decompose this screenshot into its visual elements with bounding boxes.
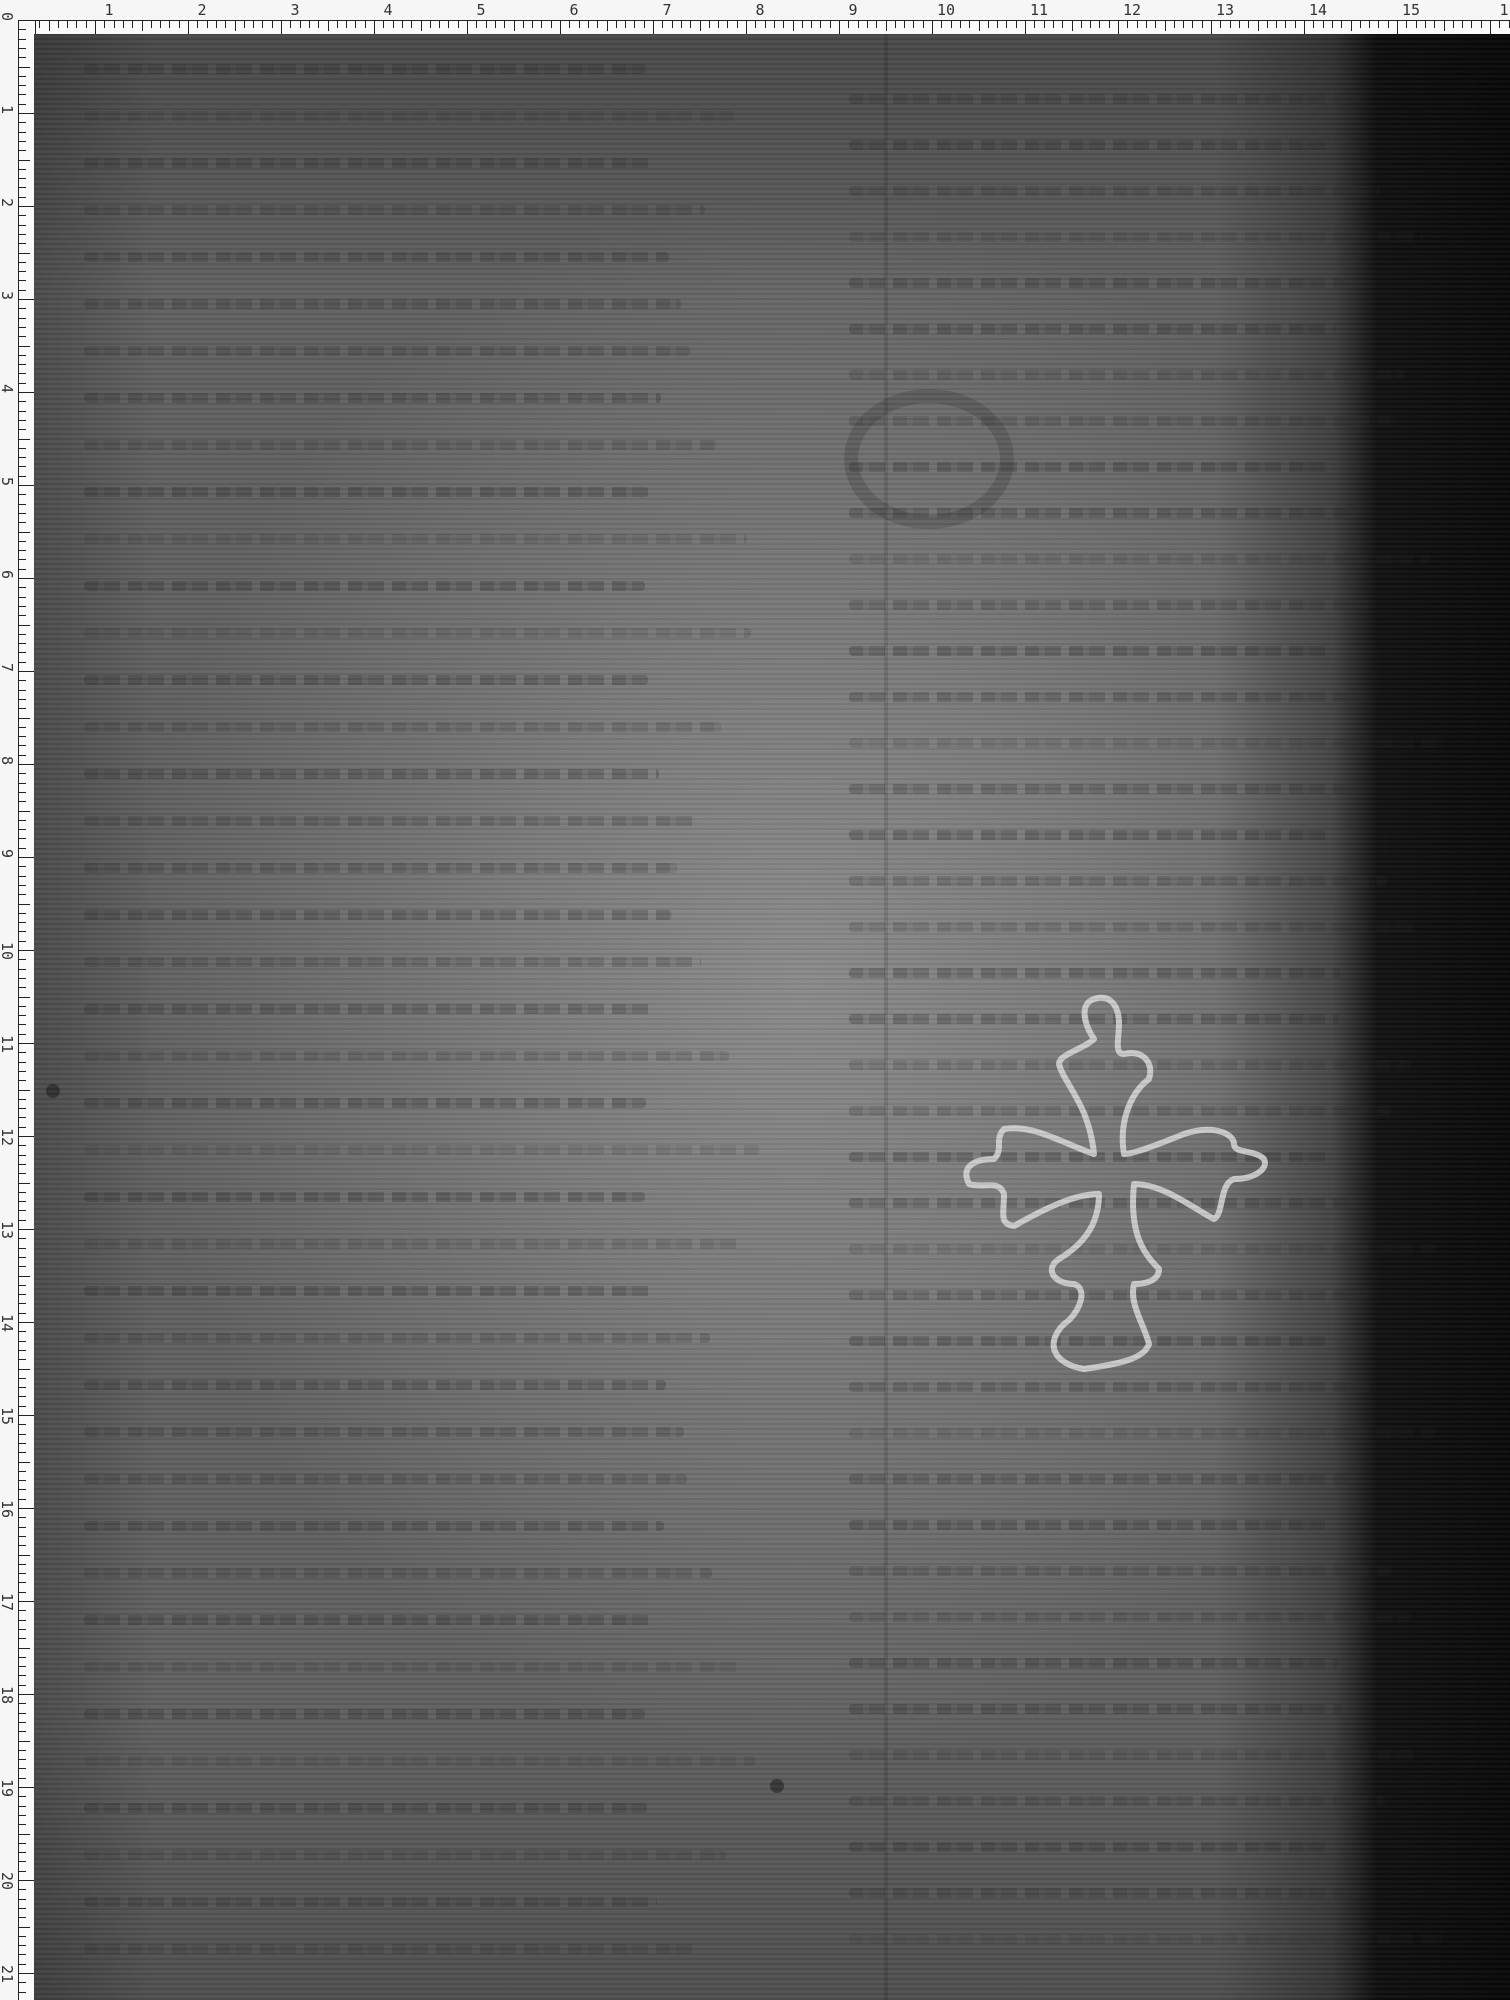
ruler-tick <box>67 21 68 28</box>
ruler-tick <box>19 1852 26 1853</box>
ruler-tick <box>19 197 26 198</box>
ruler-label: 12 <box>0 1128 16 1146</box>
scan-texture <box>34 34 1510 2000</box>
ruler-tick <box>19 187 26 188</box>
ruler-tick <box>104 21 105 28</box>
ruler-label: 10 <box>937 1 955 19</box>
ruler-tick <box>19 773 26 774</box>
ruler-tick <box>19 457 26 458</box>
ruler-tick <box>19 811 30 812</box>
ruler-tick <box>19 1871 26 1872</box>
ruler-tick <box>19 1917 26 1918</box>
ruler-tick <box>19 1303 26 1304</box>
ruler-tick <box>19 1080 26 1081</box>
ruler-tick <box>541 21 542 28</box>
ruler-tick <box>169 21 170 28</box>
ruler-tick <box>19 1945 26 1946</box>
ruler-tick <box>467 21 468 35</box>
ruler-tick <box>19 280 26 281</box>
ruler-tick <box>19 1145 26 1146</box>
ruler-label: 7 <box>662 1 671 19</box>
ruler-tick <box>858 21 859 28</box>
ruler-tick <box>19 104 26 105</box>
ruler-tick <box>941 21 942 28</box>
ruler-tick <box>19 1806 26 1807</box>
ruler-tick <box>1118 21 1119 35</box>
ruler-label: 20 <box>0 1872 16 1890</box>
ruler-label: 16 <box>0 1500 16 1518</box>
ruler-tick <box>19 290 26 291</box>
ruler-tick <box>1378 21 1379 28</box>
ruler-tick <box>1434 21 1435 28</box>
ruler-tick <box>19 20 35 21</box>
ruler-tick <box>19 1248 26 1249</box>
ruler-tick <box>19 1601 35 1602</box>
ruler-tick <box>86 21 87 28</box>
ruler-tick <box>19 1062 26 1063</box>
ruler-tick <box>19 178 26 179</box>
ruler-tick <box>765 21 766 28</box>
ruler-tick <box>727 21 728 28</box>
ruler-tick <box>19 1536 26 1537</box>
ruler-tick <box>19 1052 26 1053</box>
ruler-tick <box>19 1982 26 1983</box>
ruler-tick <box>19 1350 26 1351</box>
ruler-tick <box>532 21 533 28</box>
ruler-tick <box>1351 21 1352 31</box>
ruler-tick <box>19 1443 26 1444</box>
ruler-label: 1 <box>104 1 113 19</box>
ruler-tick <box>393 21 394 28</box>
ruler-tick <box>1062 21 1063 28</box>
ruler-tick <box>672 21 673 28</box>
manuscript-scan <box>34 34 1510 2000</box>
ruler-tick <box>19 160 30 161</box>
ruler-tick <box>430 21 431 28</box>
horizontal-ruler: 01234567891011121314151 <box>0 0 1510 34</box>
ruler-tick <box>19 1564 26 1565</box>
ruler-tick <box>19 848 26 849</box>
ruler-tick <box>19 1936 26 1937</box>
ruler-tick <box>1276 21 1277 28</box>
ruler-tick <box>19 494 26 495</box>
ruler-tick <box>19 225 26 226</box>
ruler-tick <box>597 21 598 28</box>
ruler-tick <box>439 21 440 28</box>
ruler-tick <box>876 21 877 28</box>
ruler-tick <box>19 708 26 709</box>
ruler-tick <box>19 987 26 988</box>
ruler-tick <box>19 838 26 839</box>
ruler-tick <box>551 21 552 28</box>
ruler-tick <box>19 48 26 49</box>
ruler-tick <box>19 1155 26 1156</box>
ruler-tick <box>19 718 30 719</box>
ruler-tick <box>19 1750 26 1751</box>
ruler-tick <box>19 67 30 68</box>
ruler-tick <box>19 1285 26 1286</box>
ruler-tick <box>19 150 26 151</box>
ruler-tick <box>523 21 524 28</box>
ruler-tick <box>19 1527 26 1528</box>
ruler-tick <box>19 448 26 449</box>
ruler-tick <box>355 21 356 28</box>
ruler-tick <box>1239 21 1240 28</box>
ruler-tick <box>76 21 77 28</box>
ruler-tick <box>1137 21 1138 28</box>
ruler-tick <box>19 559 26 560</box>
ruler-tick <box>19 625 30 626</box>
ruler-label: 14 <box>0 1314 16 1332</box>
ruler-tick <box>19 941 26 942</box>
ruler-tick <box>19 606 26 607</box>
ruler-tick <box>19 364 26 365</box>
ruler-tick <box>802 21 803 28</box>
ruler-tick <box>19 1508 35 1509</box>
ruler-tick <box>19 169 26 170</box>
ruler-tick <box>19 690 26 691</box>
ruler-label: 11 <box>1030 1 1048 19</box>
ruler-tick <box>19 532 30 533</box>
ruler-tick <box>19 1592 26 1593</box>
ruler-tick <box>19 1666 26 1667</box>
ruler-tick <box>411 21 412 28</box>
ruler-tick <box>19 1694 35 1695</box>
ruler-tick <box>588 21 589 28</box>
ruler-tick <box>19 1964 26 1965</box>
ruler-tick <box>1220 21 1221 28</box>
ruler-tick <box>607 21 608 31</box>
ruler-tick <box>19 1183 30 1184</box>
ruler-tick <box>19 1778 26 1779</box>
ruler-tick <box>19 1015 26 1016</box>
ruler-tick <box>19 1545 26 1546</box>
ruler-tick <box>19 569 26 570</box>
ruler-tick <box>1025 21 1026 35</box>
ruler-tick <box>923 21 924 28</box>
ruler-tick <box>19 215 26 216</box>
ruler-tick <box>19 1043 35 1044</box>
ruler-tick <box>19 1610 26 1611</box>
ruler-label: 8 <box>755 1 764 19</box>
ruler-tick <box>19 1090 30 1091</box>
ruler-tick <box>328 21 329 31</box>
ruler-tick <box>19 820 26 821</box>
ruler-tick <box>19 243 26 244</box>
ruler-tick <box>755 21 756 28</box>
ruler-label: 2 <box>197 1 206 19</box>
ruler-tick <box>644 21 645 28</box>
ruler-tick <box>19 1201 26 1202</box>
ruler-tick <box>235 21 236 31</box>
ruler-tick <box>39 21 40 28</box>
ruler-tick <box>19 587 26 588</box>
ruler-tick <box>1267 21 1268 28</box>
ruler-label: 18 <box>0 1686 16 1704</box>
ruler-tick <box>19 1703 26 1704</box>
ruler-tick <box>19 308 26 309</box>
ruler-tick <box>616 21 617 28</box>
ruler-tick <box>1183 21 1184 28</box>
ruler-tick <box>19 1378 26 1379</box>
ruler-tick <box>19 253 30 254</box>
ruler-tick <box>19 1313 26 1314</box>
ruler-tick <box>1211 21 1212 35</box>
ruler-tick <box>19 652 26 653</box>
ruler-tick <box>19 485 35 486</box>
ruler-tick <box>1323 21 1324 28</box>
ruler-tick <box>1109 21 1110 28</box>
ruler-tick <box>19 122 26 123</box>
ruler-tick <box>19 969 26 970</box>
ruler-tick <box>737 21 738 28</box>
ruler-tick <box>19 141 26 142</box>
ruler-tick <box>1053 21 1054 28</box>
ruler-tick <box>19 1954 26 1955</box>
ruler-tick <box>19 1257 26 1258</box>
ruler-tick <box>569 21 570 28</box>
ruler-tick <box>19 1415 35 1416</box>
ruler-tick <box>1248 21 1249 28</box>
ruler-tick <box>19 745 26 746</box>
ruler-tick <box>19 1620 26 1621</box>
ruler-tick <box>19 1424 26 1425</box>
ruler-tick <box>1416 21 1417 28</box>
ruler-tick <box>19 541 26 542</box>
ruler-tick <box>281 21 282 35</box>
ruler-tick <box>19 1657 26 1658</box>
ruler-label: 3 <box>0 291 16 300</box>
ruler-tick <box>19 429 26 430</box>
ruler-tick <box>19 913 26 914</box>
ruler-tick <box>560 21 561 35</box>
ruler-tick <box>19 1908 26 1909</box>
ruler-label: 11 <box>0 1035 16 1053</box>
ruler-tick <box>19 894 26 895</box>
ruler-tick <box>709 21 710 28</box>
ruler-tick <box>197 21 198 28</box>
ruler-label: 4 <box>383 1 392 19</box>
ruler-tick <box>960 21 961 28</box>
ruler-tick <box>49 21 50 31</box>
ruler-tick <box>1369 21 1370 28</box>
ruler-label: 6 <box>569 1 578 19</box>
ruler-tick <box>19 1796 26 1797</box>
ruler-tick <box>19 466 26 467</box>
ruler-tick <box>253 21 254 28</box>
ruler-tick <box>19 1741 30 1742</box>
ruler-tick <box>19 318 26 319</box>
ruler-tick <box>114 21 115 28</box>
ruler-tick <box>19 1266 26 1267</box>
ruler-tick <box>19 420 26 421</box>
ruler-tick <box>19 1006 26 1007</box>
ruler-tick <box>1072 21 1073 31</box>
ruler-tick <box>1090 21 1091 28</box>
ruler-tick <box>19 439 30 440</box>
ruler-tick <box>19 1210 26 1211</box>
ruler-tick <box>19 113 35 114</box>
ruler-tick <box>811 21 812 28</box>
ruler-tick <box>318 21 319 28</box>
ruler-tick <box>19 866 26 867</box>
ruler-tick <box>19 904 30 905</box>
ruler-tick <box>19 1768 26 1769</box>
ruler-tick <box>19 234 26 235</box>
ruler-tick <box>495 21 496 28</box>
ruler-tick <box>1471 21 1472 28</box>
ruler-tick <box>19 634 26 635</box>
ruler-tick <box>272 21 273 28</box>
ruler-tick <box>19 578 35 579</box>
ruler-tick <box>58 21 59 28</box>
ruler-tick <box>969 21 970 28</box>
ruler-label: 2 <box>0 198 16 207</box>
ruler-tick <box>19 1713 26 1714</box>
ruler-tick <box>19 76 26 77</box>
ruler-tick <box>19 522 26 523</box>
ruler-tick <box>262 21 263 28</box>
ruler-tick <box>19 355 26 356</box>
ruler-tick <box>19 1024 26 1025</box>
ruler-tick <box>19 1824 26 1825</box>
ruler-tick <box>19 1452 26 1453</box>
ruler-label: 21 <box>0 1965 16 1983</box>
ruler-tick <box>19 959 26 960</box>
ruler-tick <box>653 21 654 35</box>
ruler-tick <box>95 21 96 35</box>
ruler-label: 13 <box>1216 1 1234 19</box>
ruler-label: 19 <box>0 1779 16 1797</box>
ruler-tick <box>1099 21 1100 28</box>
ruler-tick <box>365 21 366 28</box>
ruler-tick <box>867 21 868 28</box>
ruler-tick <box>19 1462 30 1463</box>
ruler-label: 15 <box>0 1407 16 1425</box>
ruler-tick <box>19 699 26 700</box>
ruler-tick <box>19 1861 26 1862</box>
ruler-tick <box>1481 21 1482 28</box>
ruler-tick <box>1341 21 1342 28</box>
ruler-tick <box>19 85 26 86</box>
ruler-tick <box>1462 21 1463 28</box>
ruler-tick <box>19 271 26 272</box>
ruler-label: 0 <box>0 12 16 21</box>
ruler-tick <box>662 21 663 28</box>
ruler-tick <box>290 21 291 28</box>
ruler-tick <box>19 1843 26 1844</box>
ruler-tick <box>19 1648 30 1649</box>
ruler-tick <box>383 21 384 28</box>
ruler-tick <box>19 1638 26 1639</box>
ruler-tick <box>19 1322 35 1323</box>
ruler-tick <box>19 1294 26 1295</box>
ruler-tick <box>19 922 26 923</box>
ruler-tick <box>19 1396 26 1397</box>
ruler-tick <box>19 597 26 598</box>
ruler-tick <box>19 336 26 337</box>
ruler-tick <box>142 21 143 31</box>
ruler-tick <box>421 21 422 31</box>
ruler-tick <box>160 21 161 28</box>
ruler-tick <box>19 1434 26 1435</box>
ruler-tick <box>19 504 26 505</box>
ruler-label: 6 <box>0 570 16 579</box>
ruler-tick <box>300 21 301 28</box>
ruler-label: 17 <box>0 1593 16 1611</box>
ruler-tick <box>19 383 26 384</box>
ruler-tick <box>951 21 952 28</box>
ruler-tick <box>19 1582 26 1583</box>
ruler-tick <box>19 727 26 728</box>
ruler-tick <box>19 1229 35 1230</box>
ruler-tick <box>19 1220 26 1221</box>
ruler-tick <box>179 21 180 28</box>
ruler-tick <box>19 615 26 616</box>
ruler-tick <box>1444 21 1445 31</box>
ruler-tick <box>19 885 26 886</box>
ruler-tick <box>1174 21 1175 28</box>
ruler-tick <box>19 801 26 802</box>
ruler-tick <box>19 1406 26 1407</box>
ruler-tick <box>476 21 477 28</box>
ruler-tick <box>19 206 35 207</box>
ruler-tick <box>1360 21 1361 28</box>
ruler-tick <box>774 21 775 28</box>
ruler-tick <box>19 829 26 830</box>
ruler-tick <box>19 1034 26 1035</box>
ruler-tick <box>19 662 26 663</box>
ruler-tick <box>19 755 26 756</box>
ruler-tick <box>19 1899 26 1900</box>
ruler-tick <box>1146 21 1147 28</box>
ruler-tick <box>1490 21 1491 35</box>
ruler-tick <box>1044 21 1045 28</box>
ruler-tick <box>19 1722 26 1723</box>
ruler-label: 5 <box>0 477 16 486</box>
ruler-tick <box>19 1629 26 1630</box>
ruler-tick <box>244 21 245 28</box>
ruler-tick <box>504 21 505 28</box>
ruler-tick <box>19 1517 26 1518</box>
ruler-tick <box>458 21 459 28</box>
ruler-tick <box>19 1276 30 1277</box>
ruler-tick <box>19 792 26 793</box>
ruler-tick <box>988 21 989 28</box>
ruler-label: 9 <box>0 849 16 858</box>
ruler-tick <box>848 21 849 28</box>
ruler-tick <box>19 997 30 998</box>
ruler-tick <box>793 21 794 31</box>
ruler-tick <box>19 643 26 644</box>
ruler-tick <box>19 1889 26 1890</box>
ruler-tick <box>1425 21 1426 28</box>
ruler-tick <box>979 21 980 31</box>
vertical-ruler: 0123456789101112131415161718192021 <box>0 0 34 2000</box>
ruler-tick <box>19 1573 26 1574</box>
ruler-tick <box>19 476 26 477</box>
ruler-label: 10 <box>0 942 16 960</box>
ruler-label: 1 <box>1499 1 1508 19</box>
ruler-tick <box>19 950 35 951</box>
ruler-tick <box>225 21 226 28</box>
ruler-tick <box>346 21 347 28</box>
ruler-tick <box>625 21 626 28</box>
ruler-tick <box>19 736 26 737</box>
ruler-tick <box>932 21 933 35</box>
ruler-tick <box>1406 21 1407 28</box>
ruler-tick <box>1202 21 1203 28</box>
